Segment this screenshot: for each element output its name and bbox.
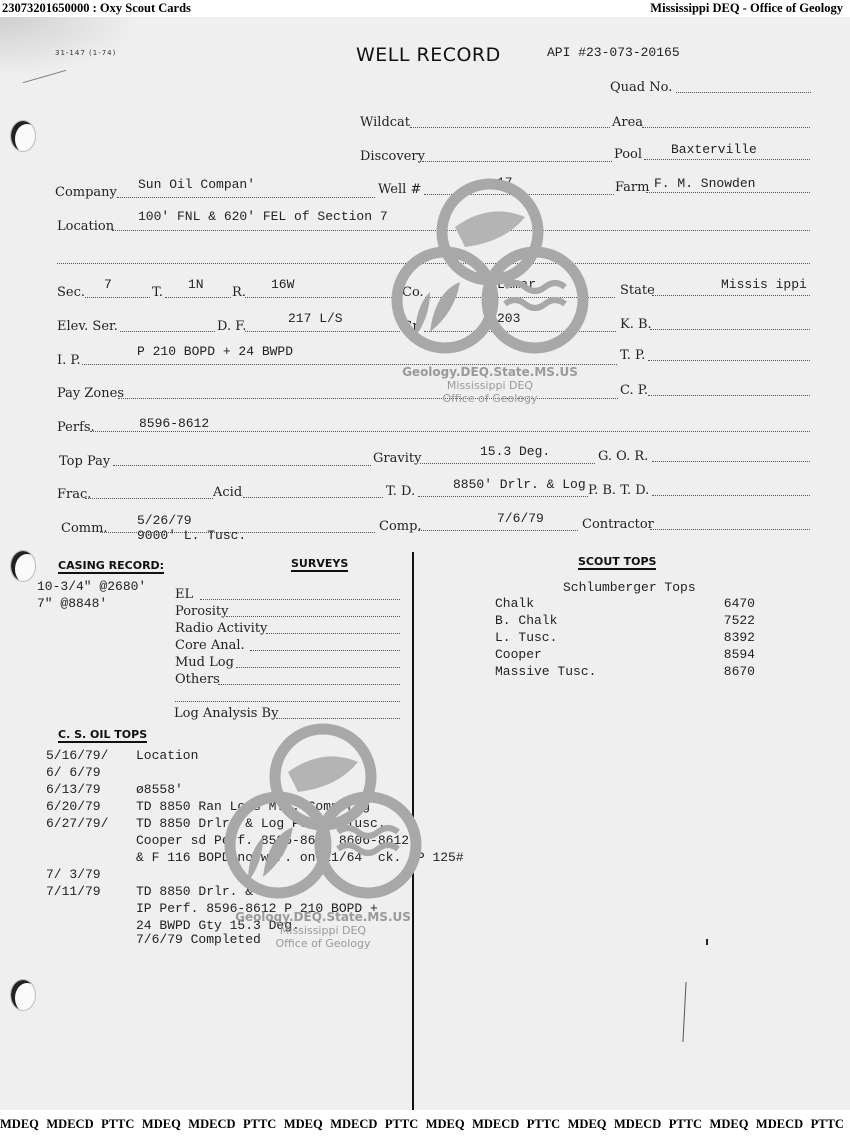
log-row: 5/16/79/ — [46, 748, 108, 763]
document-id-title: 23073201650000 : Oxy Scout Cards — [2, 0, 191, 17]
label-location: Location — [57, 219, 114, 234]
survey-core-anal: Core Anal. — [175, 638, 245, 653]
log-row: 6/ 6/79 — [46, 765, 101, 780]
hole-punch-icon — [10, 550, 36, 582]
label-td: T. D. — [386, 484, 415, 499]
value-df: 217 L/S — [288, 311, 343, 326]
footer-bar: MDEQ MDECD PTTC MDEQ MDECD PTTC MDEQ MDE… — [0, 1110, 850, 1137]
label-pool: Pool — [614, 147, 642, 162]
field-line-pbtd — [652, 495, 810, 496]
field-line-r — [245, 297, 400, 298]
survey-mud-log: Mud Log — [175, 655, 234, 670]
label-area: Area — [612, 115, 643, 130]
footer-token: PTTC — [101, 1117, 134, 1132]
survey-porosity: Porosity — [175, 604, 229, 619]
label-comm: Comm. — [61, 521, 108, 536]
field-line-pay-zones — [118, 398, 618, 399]
footer-token: PTTC — [385, 1117, 418, 1132]
field-line-elev-ser — [120, 331, 215, 332]
scout-top-depth: 8670 — [724, 664, 755, 679]
field-line-top-pay — [113, 465, 371, 466]
scout-top-name: B. Chalk — [495, 613, 557, 628]
scout-top-depth: 7522 — [724, 613, 755, 628]
label-comp: Comp. — [379, 519, 422, 534]
log-entry: Location — [136, 748, 198, 763]
field-line-survey-log-analysis — [276, 718, 400, 719]
value-t: 1N — [188, 277, 204, 292]
footer-token: MDECD — [330, 1117, 377, 1132]
value-pool: Baxterville — [671, 142, 757, 157]
survey-others: Others — [175, 672, 220, 687]
field-line-pool — [644, 159, 810, 160]
footer-token: MDEQ — [710, 1117, 749, 1132]
value-well-no: 17 — [497, 175, 513, 190]
page-title: WELL RECORD — [356, 44, 501, 66]
value-state: Missis ippi — [721, 277, 807, 292]
log-date: 6/27/79/ — [46, 816, 108, 831]
footer-token: MDEQ — [568, 1117, 607, 1132]
label-cp: C. P. — [620, 383, 648, 398]
field-line-tp — [648, 360, 810, 361]
field-line-frac — [85, 498, 213, 499]
log-entry: TD 8850 Drlr. & Log POP L. Tusc. — [136, 816, 386, 831]
label-top-pay: Top Pay — [59, 454, 110, 469]
value-r: 16W — [271, 277, 294, 292]
label-discovery: Discovery — [360, 149, 425, 164]
label-state: State — [620, 283, 655, 298]
scout-top-depth: 6470 — [724, 596, 755, 611]
log-entry: ø8558' — [136, 782, 183, 797]
label-frac: Frac. — [57, 487, 91, 502]
scout-top-name: Chalk — [495, 596, 534, 611]
log-entry: 24 BWPD Gty 15.3 Deg. — [136, 918, 300, 933]
value-gravity: 15.3 Deg. — [480, 444, 550, 459]
watermark-agency: Mississippi DEQ — [390, 379, 590, 392]
value-company: Sun Oil Compan' — [138, 177, 255, 192]
field-line-survey-others — [218, 684, 400, 685]
footer-token: PTTC — [527, 1117, 560, 1132]
scout-tops-heading: SCOUT TOPS — [578, 555, 656, 570]
label-df: D. F. — [217, 319, 246, 334]
label-pay-zones: Pay Zones — [57, 386, 124, 401]
log-row: 7/ 3/79 — [46, 867, 101, 882]
log-date: 5/16/79/ — [46, 748, 108, 763]
field-line-comp — [418, 530, 578, 531]
label-well-no: Well # — [378, 182, 421, 197]
log-date: 7/ 3/79 — [46, 867, 101, 882]
field-line-perfs — [90, 431, 810, 432]
survey-log-analysis-by: Log Analysis By — [174, 706, 278, 721]
label-farm: Farm — [615, 180, 649, 195]
casing-record-heading: CASING RECORD: — [58, 559, 164, 574]
scout-top-name: L. Tusc. — [495, 630, 557, 645]
field-line-cp — [648, 395, 810, 396]
hole-punch-icon — [10, 120, 36, 152]
label-gravity: Gravity — [373, 451, 421, 466]
footer-token: MDECD — [756, 1117, 803, 1132]
log-entry: 7/6/79 Completed — [136, 932, 261, 947]
label-elev-ser: Elev. Ser. — [57, 319, 118, 334]
log-row: 7/11/79 — [46, 884, 101, 899]
label-acid: Acid — [213, 485, 242, 500]
footer-token: MDEQ — [426, 1117, 465, 1132]
label-t: T. — [152, 285, 163, 300]
field-line-gor — [652, 461, 810, 462]
hole-punch-icon — [10, 979, 36, 1011]
field-line-gravity — [420, 463, 595, 464]
label-gor: G. O. R. — [598, 449, 648, 464]
label-kb: K. B. — [620, 317, 652, 332]
form-number: 31-147 (1-74) — [55, 49, 116, 57]
value-gr: 203 — [497, 311, 520, 326]
column-divider — [412, 552, 414, 1110]
value-comm-date: 5/26/79 — [137, 513, 192, 528]
label-r: R. — [232, 285, 246, 300]
scout-top-name: Cooper — [495, 647, 542, 662]
value-sec: 7 — [104, 277, 112, 292]
well-record-card: 31-147 (1-74) WELL RECORD API #23-073-20… — [0, 17, 850, 1110]
label-co: Co. — [402, 285, 424, 300]
value-comp: 7/6/79 — [497, 511, 544, 526]
footer-token: MDECD — [188, 1117, 235, 1132]
log-date: 7/11/79 — [46, 884, 101, 899]
survey-el: EL — [175, 587, 193, 602]
field-line-area — [642, 127, 810, 128]
field-line-ip — [82, 364, 617, 365]
footer-token: MDEQ — [284, 1117, 323, 1132]
pencil-mark — [23, 70, 67, 83]
label-gr: Gr. — [402, 319, 421, 334]
footer-token: MDEQ — [0, 1117, 39, 1132]
field-line-location — [112, 230, 810, 231]
field-line-well-no — [424, 194, 614, 195]
field-line-company — [117, 197, 375, 198]
footer-token: MDECD — [46, 1117, 93, 1132]
label-company: Company — [55, 185, 117, 200]
value-farm: F. M. Snowden — [654, 176, 755, 191]
value-comm-depth: 9000' L. Tusc. — [137, 528, 246, 543]
pencil-mark — [706, 939, 708, 945]
value-td: 8850' Drlr. & Log — [453, 477, 586, 492]
footer-token: MDECD — [614, 1117, 661, 1132]
field-line-sec — [85, 297, 150, 298]
field-line-gr — [424, 331, 616, 332]
label-ip: I. P. — [57, 353, 81, 368]
log-row: 6/20/79 — [46, 799, 101, 814]
scout-top-name: Massive Tusc. — [495, 664, 596, 679]
field-line-state — [652, 295, 810, 296]
field-line-quad-no — [676, 92, 811, 93]
field-line-survey-el — [200, 599, 400, 600]
footer-token: PTTC — [669, 1117, 702, 1132]
value-ip: P 210 BOPD + 24 BWPD — [137, 344, 293, 359]
survey-radio-activity: Radio Activity — [175, 621, 267, 636]
field-line-td — [418, 496, 588, 497]
field-line-co — [425, 297, 615, 298]
watermark-url: Geology.DEQ.State.MS.US — [390, 365, 590, 379]
log-row: 6/27/79/ — [46, 816, 108, 831]
oil-tops-heading: C. S. OIL TOPS — [58, 728, 147, 743]
agency-title: Mississippi DEQ - Office of Geology — [650, 0, 843, 17]
log-entry: Cooper sd Perf. 8596-8600 8606-8612 — [136, 833, 409, 848]
scout-top-depth: 8392 — [724, 630, 755, 645]
field-line-farm — [646, 192, 810, 193]
footer-token: PTTC — [811, 1117, 844, 1132]
field-line-survey-mud — [236, 667, 400, 668]
mdeq-logo-icon — [385, 172, 595, 372]
field-line-kb — [650, 329, 810, 330]
field-line-df — [245, 331, 400, 332]
field-line-location-2 — [57, 263, 810, 264]
label-contractor: Contractor — [582, 517, 654, 532]
log-date: 6/ 6/79 — [46, 765, 101, 780]
log-entry: TD 8850 Ran Logs M.I. Comp rig — [136, 799, 370, 814]
header-bar: 23073201650000 : Oxy Scout Cards Mississ… — [0, 0, 850, 17]
field-line-survey-porosity — [226, 616, 400, 617]
value-perfs: 8596-8612 — [139, 416, 209, 431]
label-pbtd: P. B. T. D. — [588, 483, 649, 498]
log-row: 6/13/79 — [46, 782, 101, 797]
log-date: 6/20/79 — [46, 799, 101, 814]
label-wildcat: Wildcat — [360, 115, 410, 130]
footer-token: MDECD — [472, 1117, 519, 1132]
field-line-t — [165, 297, 231, 298]
scout-top-depth: 8594 — [724, 647, 755, 662]
casing-line-2: 7" @8848' — [37, 596, 107, 611]
label-tp: T. P. — [620, 348, 645, 363]
field-line-discovery — [422, 161, 612, 162]
footer-token: PTTC — [243, 1117, 276, 1132]
scout-tops-subheading: Schlumberger Tops — [563, 580, 696, 595]
field-line-wildcat — [410, 127, 610, 128]
label-quad-no: Quad No. — [610, 80, 672, 95]
field-line-survey-radio — [266, 633, 400, 634]
log-entry: TD 8850 Drlr. & Log — [136, 884, 284, 899]
value-location: 100' FNL & 620' FEL of Section 7 — [138, 209, 388, 224]
field-line-survey-blank — [175, 701, 400, 702]
casing-line-1: 10-3/4" @2680' — [37, 579, 146, 594]
pencil-mark — [682, 982, 686, 1042]
api-number: API #23-073-20165 — [547, 45, 680, 60]
log-entry: & F 116 BOPD no wtr. on 11/64" ck. TP 12… — [136, 850, 464, 865]
log-date: 6/13/79 — [46, 782, 101, 797]
surveys-heading: SURVEYS — [291, 557, 348, 572]
footer-token: MDEQ — [142, 1117, 181, 1132]
field-line-survey-core — [250, 650, 400, 651]
label-perfs: Perfs. — [57, 420, 95, 435]
log-entry: IP Perf. 8596-8612 P 210 BOPD + — [136, 901, 378, 916]
footer-tokens: MDEQ MDECD PTTC MDEQ MDECD PTTC MDEQ MDE… — [0, 1117, 850, 1132]
label-sec: Sec. — [57, 285, 85, 300]
field-line-contractor — [650, 529, 810, 530]
value-co: Lamar — [497, 277, 536, 292]
field-line-acid — [243, 497, 383, 498]
